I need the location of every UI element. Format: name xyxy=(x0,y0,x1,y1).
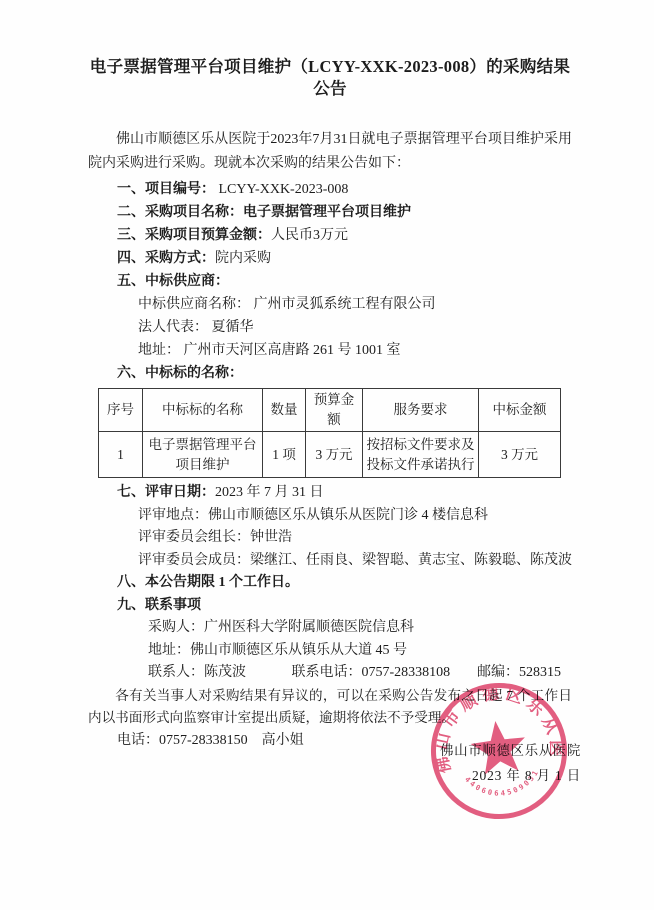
contact-phone: 联系电话：0757-28338108 xyxy=(292,662,474,685)
contact-person: 联系人：陈茂波 xyxy=(148,662,288,685)
purchaser-address-line: 地址：佛山市顺德区乐从镇乐从大道 45 号 xyxy=(88,640,572,663)
field-label: 地址： xyxy=(138,343,180,358)
item-award-section: 六、中标标的名称： xyxy=(88,362,572,385)
cell-service: 按招标文件要求及投标文件承诺执行 xyxy=(363,432,479,478)
table-header-row: 序号 中标标的名称 数量 预算金额 服务要求 中标金额 xyxy=(99,389,561,432)
cell-qty: 1 项 xyxy=(263,432,306,478)
item-method: 四、采购方式：院内采购 xyxy=(88,247,572,270)
item-notice-period: 八、本公告期限 1 个工作日。 xyxy=(88,572,572,595)
objection-paragraph: 各有关当事人对采购结果有异议的，可以在采购公告发布之日起 7 个工作日内以书面形… xyxy=(88,685,572,730)
item-label: 四、采购方式： xyxy=(117,251,215,266)
supplier-name-line: 中标供应商名称： 广州市灵狐系统工程有限公司 xyxy=(88,293,572,316)
item-value: 人民币3万元 xyxy=(271,228,348,243)
review-place-line: 评审地点：佛山市顺德区乐从镇乐从医院门诊 4 楼信息科 xyxy=(88,505,572,528)
item-label: 七、评审日期： xyxy=(117,485,215,500)
item-budget: 三、采购项目预算金额：人民币3万元 xyxy=(88,224,572,247)
item-contact-section: 九、联系事项 xyxy=(88,595,572,618)
field-label: 中标供应商名称： xyxy=(138,297,250,312)
item-supplier: 五、中标供应商： xyxy=(88,270,572,293)
item-value: 院内采购 xyxy=(215,251,271,266)
cell-name: 电子票据管理平台项目维护 xyxy=(143,432,263,478)
field-value: 夏循华 xyxy=(208,320,254,335)
postcode: 邮编：528315 xyxy=(477,662,561,685)
col-header-budget: 预算金额 xyxy=(306,389,363,432)
contact-line: 联系人：陈茂波 联系电话：0757-28338108 邮编：528315 xyxy=(88,662,572,685)
col-header-qty: 数量 xyxy=(263,389,306,432)
item-project-name: 二、采购项目名称：电子票据管理平台项目维护 xyxy=(88,201,572,224)
committee-leader-line: 评审委员会组长：钟世浩 xyxy=(88,527,572,550)
col-header-award-amount: 中标金额 xyxy=(479,389,561,432)
item-review-date: 七、评审日期：2023 年 7 月 31 日 xyxy=(88,482,572,505)
item-value: 2023 年 7 月 31 日 xyxy=(215,485,324,500)
document-title: 电子票据管理平台项目维护（LCYY-XXK-2023-008）的采购结果公告 xyxy=(88,56,572,100)
item-label: 二、采购项目名称： xyxy=(117,205,243,220)
document-content: 电子票据管理平台项目维护（LCYY-XXK-2023-008）的采购结果公告 佛… xyxy=(0,0,654,752)
item-project-number: 一、项目编号： LCYY-XXK-2023-008 xyxy=(88,178,572,201)
item-value: 电话：0757-28338150 高小姐 xyxy=(117,733,304,748)
item-value: 电子票据管理平台项目维护 xyxy=(243,205,411,220)
tail-sections: 七、评审日期：2023 年 7 月 31 日 评审地点：佛山市顺德区乐从镇乐从医… xyxy=(88,482,572,752)
col-header-seq: 序号 xyxy=(99,389,143,432)
item-label: 一、项目编号： xyxy=(117,182,215,197)
intro-paragraph: 佛山市顺德区乐从医院于2023年7月31日就电子票据管理平台项目维护采用院内采购… xyxy=(88,128,572,176)
field-value: 广州市天河区高唐路 261 号 1001 室 xyxy=(180,343,401,358)
committee-members-line: 评审委员会成员：梁继江、任雨良、梁智聪、黄志宝、陈毅聪、陈茂波 xyxy=(88,550,572,573)
field-value: 广州市灵狐系统工程有限公司 xyxy=(250,297,436,312)
signature-date: 2023 年 8 月 1 日 xyxy=(472,764,581,784)
item-label: 八、本公告期限 1 个工作日。 xyxy=(117,575,299,590)
item-label: 六、中标标的名称： xyxy=(117,366,243,381)
item-label: 三、采购项目预算金额： xyxy=(117,228,271,243)
signature-org: 佛山市顺德区乐从医院 xyxy=(440,739,581,759)
cell-budget: 3 万元 xyxy=(306,432,363,478)
item-value: LCYY-XXK-2023-008 xyxy=(215,182,348,197)
col-header-service: 服务要求 xyxy=(363,389,479,432)
document-page: 电子票据管理平台项目维护（LCYY-XXK-2023-008）的采购结果公告 佛… xyxy=(0,0,654,910)
award-table: 序号 中标标的名称 数量 预算金额 服务要求 中标金额 1 电子票据管理平台项目… xyxy=(98,388,561,478)
item-label: 五、中标供应商： xyxy=(117,274,229,289)
field-label: 法人代表： xyxy=(138,320,208,335)
cell-award-amount: 3 万元 xyxy=(479,432,561,478)
item-label: 九、联系事项 xyxy=(117,598,201,613)
col-header-name: 中标标的名称 xyxy=(143,389,263,432)
table-row: 1 电子票据管理平台项目维护 1 项 3 万元 按招标文件要求及投标文件承诺执行… xyxy=(99,432,561,478)
cell-seq: 1 xyxy=(99,432,143,478)
legal-rep-line: 法人代表： 夏循华 xyxy=(88,316,572,339)
supplier-address-line: 地址： 广州市天河区高唐路 261 号 1001 室 xyxy=(88,339,572,362)
purchaser-line: 采购人：广州医科大学附属顺德医院信息科 xyxy=(88,617,572,640)
